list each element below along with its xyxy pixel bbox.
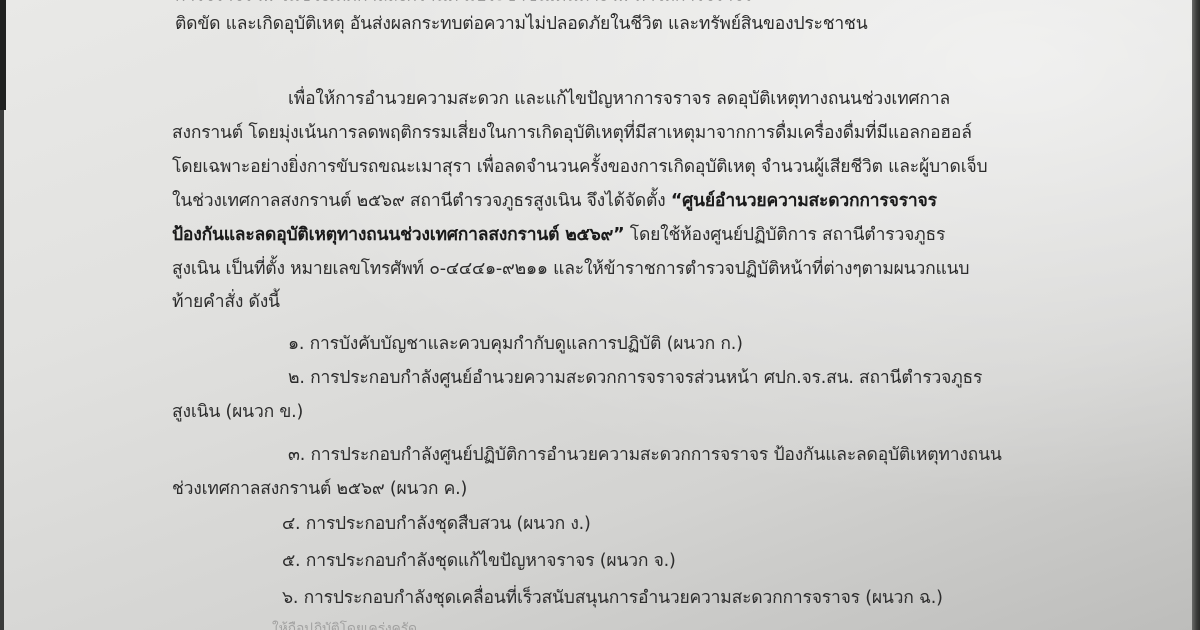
- list-item-3-continuation: ช่วงเทศกาลสงกรานต์ ๒๕๖๙ (ผนวก ค.): [172, 481, 467, 499]
- center-name-bold-part-2: ป้องกันและลดอุบัติเหตุทางถนนช่วงเทศกาลสง…: [172, 225, 624, 245]
- paragraph-line-5-normal: โดยใช้ห้องศูนย์ปฏิบัติการ สถานีตำรวจภูธร: [624, 225, 945, 245]
- list-item-number: ๒.: [288, 368, 305, 388]
- list-item-5: ๕. การประกอบกำลังชุดแก้ไขปัญหาจราจร (ผนว…: [282, 553, 676, 571]
- document-body: การจราจร ... ในช่วงเทศกาลสงกรานต์ มีประช…: [0, 0, 1200, 630]
- bottom-cut-line: ให้ถือปฏิบัติโดยเคร่งครัด: [272, 622, 417, 630]
- list-item-text: การประกอบกำลังชุดเคลื่อนที่เร็วสนับสนุนก…: [304, 588, 943, 608]
- paragraph-line-3: โดยเฉพาะอย่างยิ่งการขับรถขณะเมาสุรา เพื่…: [172, 159, 987, 177]
- list-item-3: ๓. การประกอบกำลังศูนย์ปฏิบัติการอำนวยควา…: [288, 447, 1002, 465]
- paragraph-line-6: สูงเนิน เป็นที่ตั้ง หมายเลขโทรศัพท์ ๐-๔๔…: [172, 261, 969, 279]
- paragraph-line-2: สงกรานต์ โดยมุ่งเน้นการลดพฤติกรรมเสี่ยงใ…: [172, 125, 972, 143]
- list-item-1: ๑. การบังคับบัญชาและควบคุมกำกับดูแลการปฏ…: [288, 336, 743, 354]
- center-name-bold-part-1: “ศูนย์อำนวยความสะดวกการจราจร: [671, 191, 937, 211]
- list-item-number: ๓.: [288, 445, 305, 465]
- list-item-number: ๔.: [282, 514, 300, 534]
- list-item-number: ๖.: [282, 588, 298, 608]
- list-item-text: การบังคับบัญชาและควบคุมกำกับดูแลการปฏิบั…: [310, 334, 743, 354]
- intro-line-end: ติดขัด และเกิดอุบัติเหตุ อันส่งผลกระทบต่…: [175, 16, 868, 34]
- list-item-text: การประกอบกำลังชุดสืบสวน (ผนวก ง.): [306, 514, 591, 534]
- top-cut-line: การจราจร ... ในช่วงเทศกาลสงกรานต์ มีประช…: [175, 0, 752, 6]
- list-item-number: ๕.: [282, 551, 300, 571]
- list-item-4: ๔. การประกอบกำลังชุดสืบสวน (ผนวก ง.): [282, 516, 591, 534]
- list-item-text: การประกอบกำลังศูนย์อำนวยความสะดวกการจราจ…: [310, 368, 982, 388]
- document-photo: การจราจร ... ในช่วงเทศกาลสงกรานต์ มีประช…: [0, 0, 1200, 630]
- list-item-2: ๒. การประกอบกำลังศูนย์อำนวยความสะดวกการจ…: [288, 370, 982, 388]
- list-item-text: การประกอบกำลังชุดแก้ไขปัญหาจราจร (ผนวก จ…: [306, 551, 676, 571]
- list-item-2-continuation: สูงเนิน (ผนวก ข.): [172, 404, 303, 422]
- paragraph-line-4: ในช่วงเทศกาลสงกรานต์ ๒๕๖๙ สถานีตำรวจภูธร…: [172, 193, 937, 211]
- list-item-6: ๖. การประกอบกำลังชุดเคลื่อนที่เร็วสนับสน…: [282, 590, 943, 608]
- paragraph-line-5: ป้องกันและลดอุบัติเหตุทางถนนช่วงเทศกาลสง…: [172, 227, 945, 245]
- paragraph-line-1: เพื่อให้การอำนวยความสะดวก และแก้ไขปัญหาก…: [288, 91, 950, 109]
- list-item-number: ๑.: [288, 334, 304, 354]
- list-item-text: การประกอบกำลังศูนย์ปฏิบัติการอำนวยความสะ…: [311, 445, 1002, 465]
- paragraph-line-4-normal: ในช่วงเทศกาลสงกรานต์ ๒๕๖๙ สถานีตำรวจภูธร…: [172, 191, 671, 211]
- paragraph-line-7: ท้ายคำสั่ง ดังนี้: [172, 294, 280, 312]
